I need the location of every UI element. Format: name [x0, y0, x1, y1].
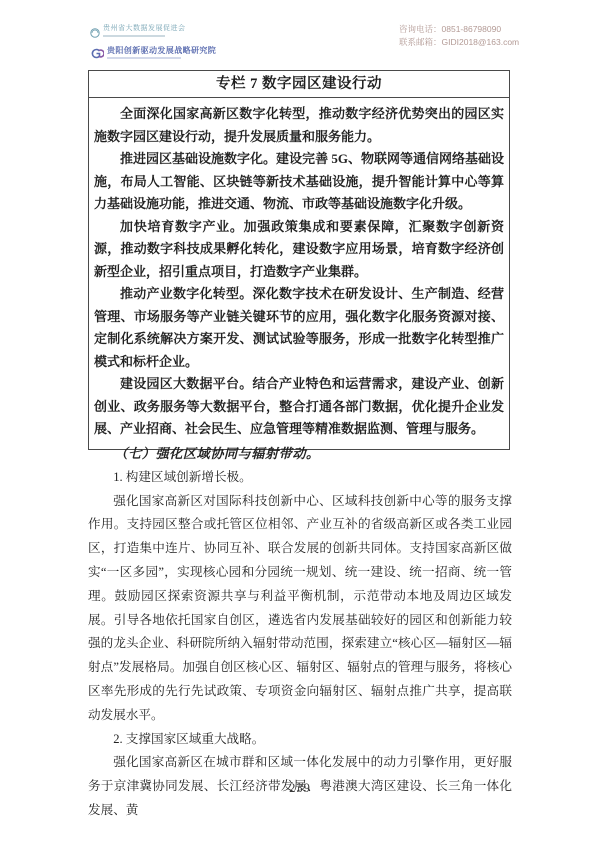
panel-paragraph: 加快培育数字产业。加强政策集成和要素保障，汇聚数字创新资源，推动数字科技成果孵化… [94, 216, 504, 284]
panel-paragraph: 推进园区基础设施数字化。建设完善 5G、物联网等通信网络基础设施，布局人工智能、… [94, 148, 504, 216]
panel-paragraph: 建设园区大数据平台。结合产业特色和运营需求，建设产业、创新创业、政务服务等大数据… [94, 373, 504, 441]
panel-paragraph: 全面深化国家高新区数字化转型，推动数字经济优势突出的园区实施数字园区建设行动，提… [94, 103, 504, 148]
panel-title: 专栏 7 数字园区建设行动 [89, 71, 509, 98]
header-logo-block: 贵州省大数据发展促进会 贵阳创新驱动发展战略研究院 [90, 25, 216, 64]
body-paragraph: 强化国家高新区对国际科技创新中心、区域科技创新中心等的服务支撑作用。支持园区整合… [88, 490, 512, 728]
section-heading: （七）强化区域协同与辐射带动。 [88, 442, 512, 466]
org1-english-subtitle [103, 35, 165, 37]
contact-phone-line: 咨询电话：0851-86798090 [399, 23, 519, 36]
body-content: （七）强化区域协同与辐射带动。 1. 构建区域创新增长极。 强化国家高新区对国际… [88, 442, 512, 823]
email-address: GIDI2018@163.com [442, 37, 520, 47]
gidi-logo-icon [90, 46, 104, 64]
header-contact-block: 咨询电话：0851-86798090 联系邮箱：GIDI2018@163.com [399, 23, 519, 49]
panel-paragraph: 推动产业数字化转型。深化数字技术在研发设计、生产制造、经营管理、市场服务等产业链… [94, 283, 504, 373]
phone-label: 咨询电话： [399, 24, 442, 34]
contact-email-line: 联系邮箱：GIDI2018@163.com [399, 36, 519, 49]
org2-row: 贵阳创新驱动发展战略研究院 [90, 46, 216, 64]
panel-body: 全面深化国家高新区数字化转型，推动数字经济优势突出的园区实施数字园区建设行动，提… [89, 98, 509, 449]
email-label: 联系邮箱： [399, 37, 442, 47]
page-number: 239 [0, 781, 600, 796]
column-7-panel: 专栏 7 数字园区建设行动 全面深化国家高新区数字化转型，推动数字经济优势突出的… [88, 70, 510, 450]
org1-emblem-icon [90, 25, 100, 43]
item2-heading: 2. 支撑国家区域重大战略。 [88, 728, 512, 752]
org2-name: 贵阳创新驱动发展战略研究院 [107, 46, 216, 55]
phone-number: 0851-86798090 [442, 24, 502, 34]
org2-english-subtitle [107, 57, 181, 59]
item1-heading: 1. 构建区域创新增长极。 [88, 466, 512, 490]
org1-name: 贵州省大数据发展促进会 [103, 25, 186, 33]
org1-row: 贵州省大数据发展促进会 [90, 25, 216, 43]
document-page: 贵州省大数据发展促进会 贵阳创新驱动发展战略研究院 咨询电话：0851-8679… [0, 0, 600, 848]
